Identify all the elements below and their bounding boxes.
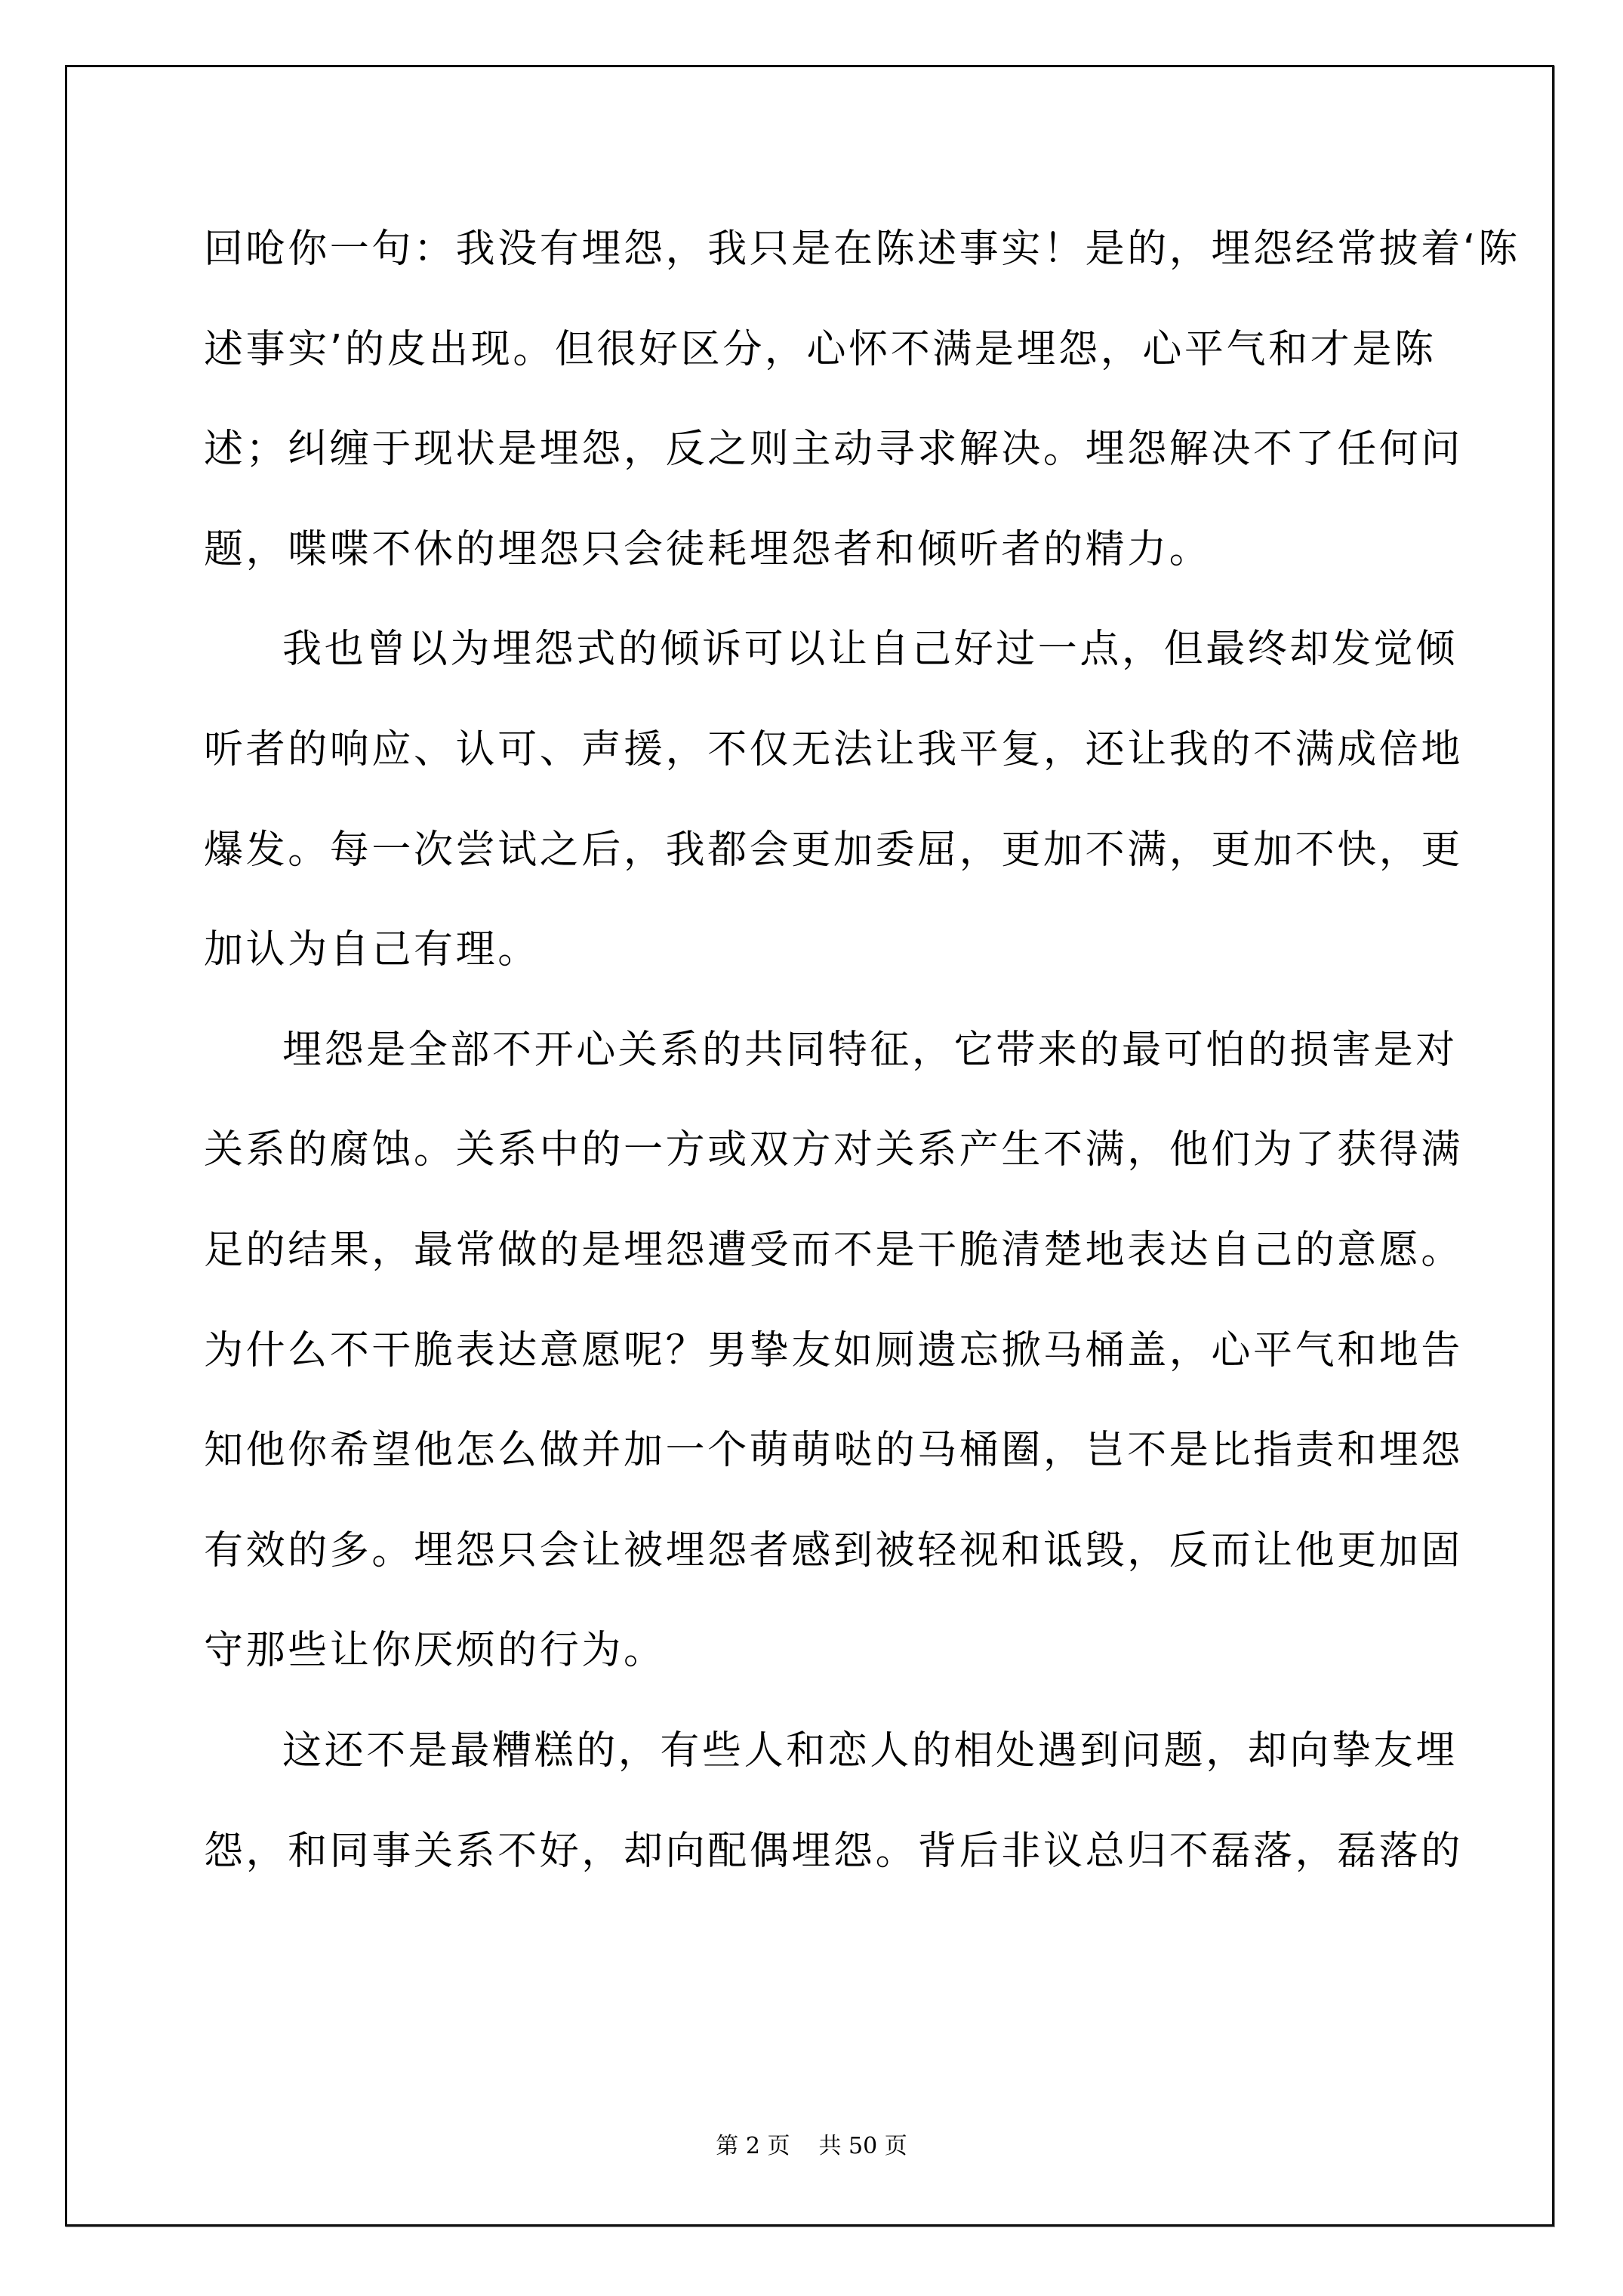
- paragraph-first-line: 这还不是最糟糕的，有些人和恋人的相处遇到问题，却向挚友埋: [204, 1701, 1427, 1801]
- text-line: 守那些让你厌烦的行为。: [204, 1601, 1427, 1701]
- text-line: 听者的响应、认可、声援，不仅无法让我平复，还让我的不满成倍地: [204, 700, 1427, 800]
- text-line: 足的结果，最常做的是埋怨遭受而不是干脆清楚地表达自己的意愿。: [204, 1200, 1427, 1301]
- page-footer: 第 2 页共 50 页: [0, 2131, 1623, 2162]
- text-line: 述；纠缠于现状是埋怨，反之则主动寻求解决。埋怨解决不了任何问: [204, 399, 1427, 500]
- text-line: 加认为自己有理。: [204, 900, 1427, 1000]
- text-line: 怨，和同事关系不好，却向配偶埋怨。背后非议总归不磊落，磊落的: [204, 1801, 1427, 1902]
- paragraph-first-line: 埋怨是全部不开心关系的共同特征，它带来的最可怕的损害是对: [204, 1000, 1427, 1101]
- page-number: 第 2 页: [716, 2131, 790, 2162]
- paragraph-first-line: 我也曾以为埋怨式的倾诉可以让自己好过一点，但最终却发觉倾: [204, 599, 1427, 700]
- text-line: 回呛你一句：我没有埋怨，我只是在陈述事实！是的，埋怨经常披着‘陈: [204, 199, 1427, 300]
- text-line: 有效的多。埋怨只会让被埋怨者感到被轻视和诋毁，反而让他更加固: [204, 1501, 1427, 1601]
- document-body: 回呛你一句：我没有埋怨，我只是在陈述事实！是的，埋怨经常披着‘陈 述事实’的皮出…: [204, 199, 1427, 1901]
- text-line: 述事实’的皮出现。但很好区分，心怀不满是埋怨，心平气和才是陈: [204, 300, 1427, 400]
- text-line: 知他你希望他怎么做并加一个萌萌哒的马桶圈，岂不是比指责和埋怨: [204, 1401, 1427, 1501]
- text-line: 题，喋喋不休的埋怨只会徒耗埋怨者和倾听者的精力。: [204, 500, 1427, 600]
- total-pages: 共 50 页: [818, 2131, 907, 2162]
- text-line: 关系的腐蚀。关系中的一方或双方对关系产生不满，他们为了获得满: [204, 1100, 1427, 1200]
- text-line: 爆发。每一次尝试之后，我都会更加委屈，更加不满，更加不快，更: [204, 800, 1427, 901]
- text-line: 为什么不干脆表达意愿呢？男挚友如厕遗忘掀马桶盖，心平气和地告: [204, 1301, 1427, 1401]
